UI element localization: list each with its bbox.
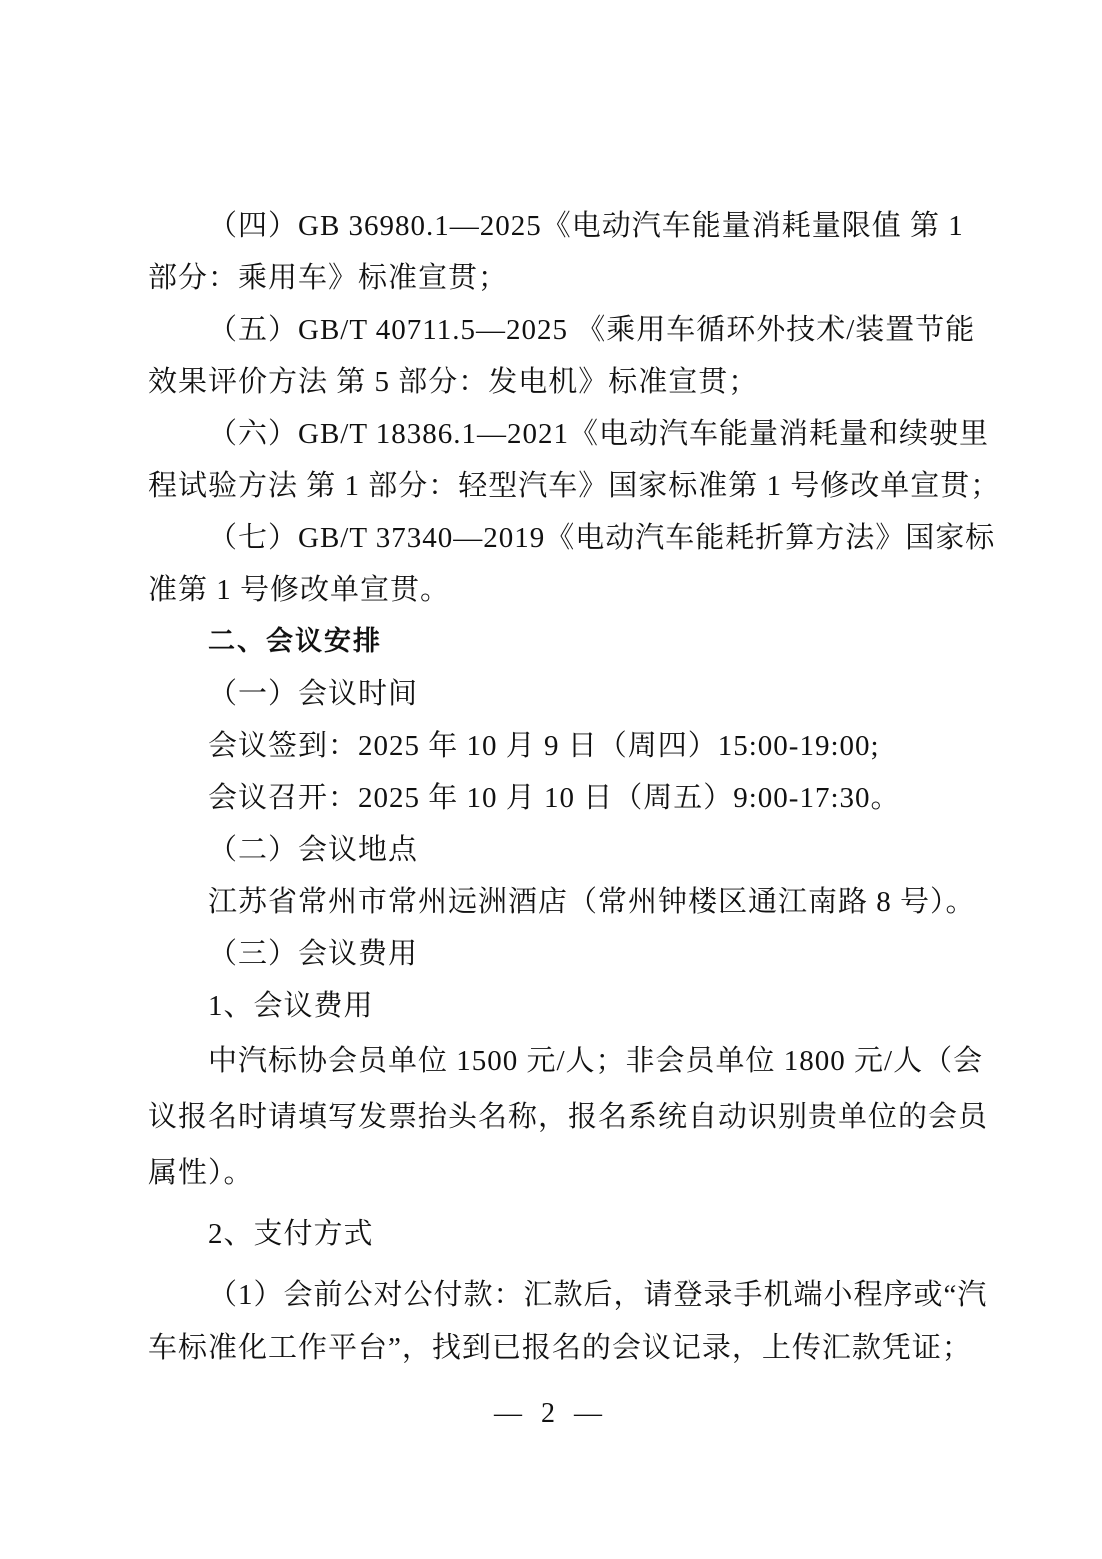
fee-text-line-1: 中汽标协会员单位 1500 元/人；非会员单位 1800 元/人（会 [208, 1043, 964, 1079]
meeting-location-subheading: （二）会议地点 [208, 832, 418, 868]
item-5-line-2: 效果评价方法 第 5 部分：发电机》标准宣贯； [148, 364, 758, 400]
item-4-line-1: （四）GB 36980.1—2025《电动汽车能量消耗量限值 第 1 [208, 208, 952, 244]
fee-text-line-3: 属性）。 [148, 1155, 254, 1191]
item-6-line-2: 程试验方法 第 1 部分：轻型汽车》国家标准第 1 号修改单宣贯； [148, 468, 964, 504]
item-6-line-1: （六）GB/T 18386.1—2021《电动汽车能量消耗量和续驶里 [208, 416, 964, 452]
item-5-line-1: （五）GB/T 40711.5—2025 《乘用车循环外技术/装置节能 [208, 312, 964, 348]
meeting-checkin-time: 会议签到：2025 年 10 月 9 日（周四）15:00-19:00; [208, 728, 880, 764]
payment-text-line-2: 车标准化工作平台”，找到已报名的会议记录，上传汇款凭证； [148, 1330, 948, 1366]
meeting-open-time: 会议召开：2025 年 10 月 10 日（周五）9:00-17:30。 [208, 780, 901, 816]
fee-title: 1、会议费用 [208, 988, 374, 1024]
meeting-time-subheading: （一）会议时间 [208, 676, 418, 712]
meeting-address: 江苏省常州市常州远洲酒店（常州钟楼区通江南路 8 号）。 [208, 884, 976, 920]
payment-text-line-1: （1）会前公对公付款：汇款后，请登录手机端小程序或“汽 [208, 1277, 964, 1313]
payment-title: 2、支付方式 [208, 1216, 374, 1252]
document-page: （四）GB 36980.1—2025《电动汽车能量消耗量限值 第 1 部分：乘用… [0, 0, 1102, 1559]
section-2-heading: 二、会议安排 [208, 624, 382, 660]
meeting-fees-subheading: （三）会议费用 [208, 936, 418, 972]
item-7-line-2: 准第 1 号修改单宣贯。 [148, 572, 450, 608]
item-7-line-1: （七）GB/T 37340—2019《电动汽车能耗折算方法》国家标 [208, 520, 964, 556]
fee-text-line-2: 议报名时请填写发票抬头名称，报名系统自动识别贵单位的会员 [148, 1099, 964, 1135]
item-4-line-2: 部分：乘用车》标准宣贯； [148, 260, 508, 296]
page-number: — 2 — [0, 1396, 1102, 1432]
